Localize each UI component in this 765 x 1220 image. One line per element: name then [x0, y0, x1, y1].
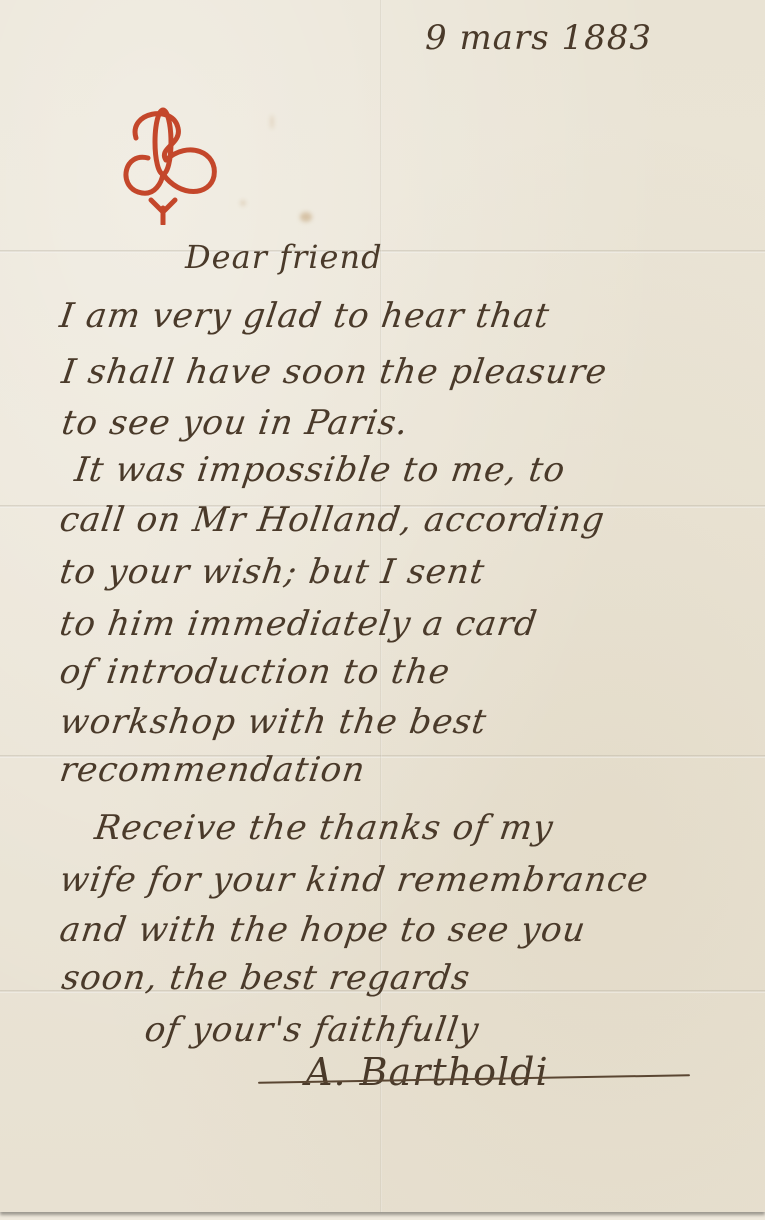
letter-line: of your's faithfully	[142, 1010, 482, 1050]
letter-line: of introduction to the	[57, 652, 453, 692]
letter-line: to him immediately a card	[57, 604, 540, 644]
salutation: Dear friend	[185, 238, 383, 276]
letter-line: It was impossible to me, to	[72, 450, 568, 490]
letter-line: workshop with the best	[57, 702, 489, 742]
letter-date: 9 mars 1883	[425, 18, 652, 58]
letter-line: and with the hope to see you	[57, 910, 588, 950]
letter-line: recommendation	[57, 750, 368, 790]
letter-line: I shall have soon the pleasure	[59, 352, 610, 392]
stain	[300, 212, 312, 222]
letter-line: to your wish; but I sent	[57, 552, 487, 592]
letter-page: 9 mars 1883 Dear friend I am very glad t…	[0, 0, 765, 1212]
letter-line: Receive the thanks of my	[92, 808, 556, 848]
stain	[270, 115, 274, 129]
letter-line: soon, the best regards	[59, 958, 473, 998]
stain	[240, 200, 246, 206]
letter-line: I am very glad to hear that	[57, 296, 552, 336]
letter-line: call on Mr Holland, according	[57, 500, 607, 540]
letter-line: to see you in Paris.	[59, 403, 411, 443]
signature: A. Bartholdi	[305, 1050, 549, 1094]
letter-line: wife for your kind remembrance	[57, 860, 651, 900]
monogram-trefoil-icon	[118, 100, 228, 225]
